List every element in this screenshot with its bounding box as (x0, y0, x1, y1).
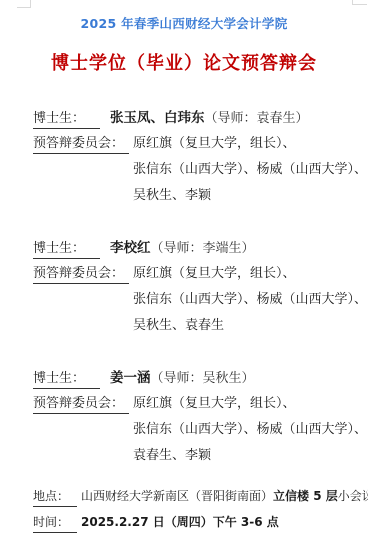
committee-line: 张信东（山西大学）、杨威（山西大学）、 (33, 287, 362, 313)
committee-line: 预答辩委员会：原红旗（复旦大学，组长）、 (33, 131, 362, 157)
committee-members: 袁春生、李颖 (133, 448, 211, 463)
location-room: 小会议室 (338, 489, 368, 503)
committee-members: 吴秋生、袁春生 (133, 318, 224, 333)
defense-section-1: 博士生：张玉凤、白玮东（导师：袁春生） 预答辩委员会：原红旗（复旦大学，组长）、… (33, 105, 362, 209)
committee-label: 预答辩委员会： (33, 266, 129, 284)
event-details: 地点：山西财经大学新南区（晋阳街南面）立信楼 5 层小会议室 时间：2025.2… (33, 483, 362, 535)
defense-section-3: 博士生：姜一涵（导师：吴秋生） 预答辩委员会：原红旗（复旦大学，组长）、 张信东… (33, 365, 362, 469)
location-text: 山西财经大学新南区（晋阳街南面） (81, 489, 273, 503)
student-line: 博士生：姜一涵（导师：吴秋生） (33, 365, 362, 391)
school-title: 2025 年春季山西财经大学会计学院 (0, 0, 368, 32)
committee-members: 吴秋生、李颖 (133, 188, 211, 203)
student-names: 张玉凤、白玮东 (110, 110, 205, 126)
location-label: 地点： (33, 489, 77, 507)
page-corner-mark-left (17, 0, 31, 8)
mentor-info: （导师：李端生） (151, 241, 255, 256)
student-label: 博士生： (33, 371, 100, 389)
committee-members: 张信东（山西大学）、杨威（山西大学）、 (133, 422, 367, 437)
committee-line: 吴秋生、袁春生 (33, 313, 362, 339)
committee-members: 张信东（山西大学）、杨威（山西大学）、 (133, 162, 367, 177)
page-corner-mark-right (352, 0, 367, 5)
committee-members: 原红旗（复旦大学，组长）、 (133, 266, 296, 281)
mentor-info: （导师：吴秋生） (151, 371, 255, 386)
committee-line: 张信东（山西大学）、杨威（山西大学）、 (33, 157, 362, 183)
document-page: 2025 年春季山西财经大学会计学院 博士学位（毕业）论文预答辩会 博士生：张玉… (0, 0, 368, 544)
time-value: 2025.2.27 日（周四）下午 3-6 点 (81, 515, 279, 529)
location-line: 地点：山西财经大学新南区（晋阳街南面）立信楼 5 层小会议室 (33, 483, 362, 509)
mentor-info: （导师：袁春生） (205, 111, 309, 126)
student-line: 博士生：李校红（导师：李端生） (33, 235, 362, 261)
committee-line: 张信东（山西大学）、杨威（山西大学）、 (33, 417, 362, 443)
student-line: 博士生：张玉凤、白玮东（导师：袁春生） (33, 105, 362, 131)
committee-members: 张信东（山西大学）、杨威（山西大学）、 (133, 292, 367, 307)
committee-line: 吴秋生、李颖 (33, 183, 362, 209)
time-label: 时间： (33, 515, 77, 533)
committee-members: 原红旗（复旦大学，组长）、 (133, 396, 296, 411)
student-label: 博士生： (33, 111, 100, 129)
committee-line: 袁春生、李颖 (33, 443, 362, 469)
student-label: 博士生： (33, 241, 100, 259)
student-names: 姜一涵 (110, 370, 151, 386)
student-names: 李校红 (110, 240, 151, 256)
event-title: 博士学位（毕业）论文预答辩会 (0, 49, 368, 75)
committee-members: 原红旗（复旦大学，组长）、 (133, 136, 296, 151)
committee-line: 预答辩委员会：原红旗（复旦大学，组长）、 (33, 261, 362, 287)
time-line: 时间：2025.2.27 日（周四）下午 3-6 点 (33, 509, 362, 535)
committee-label: 预答辩委员会： (33, 136, 129, 154)
document-body: 博士生：张玉凤、白玮东（导师：袁春生） 预答辩委员会：原红旗（复旦大学，组长）、… (0, 105, 368, 535)
committee-line: 预答辩委员会：原红旗（复旦大学，组长）、 (33, 391, 362, 417)
location-building: 立信楼 5 层 (273, 489, 338, 503)
defense-section-2: 博士生：李校红（导师：李端生） 预答辩委员会：原红旗（复旦大学，组长）、 张信东… (33, 235, 362, 339)
committee-label: 预答辩委员会： (33, 396, 129, 414)
